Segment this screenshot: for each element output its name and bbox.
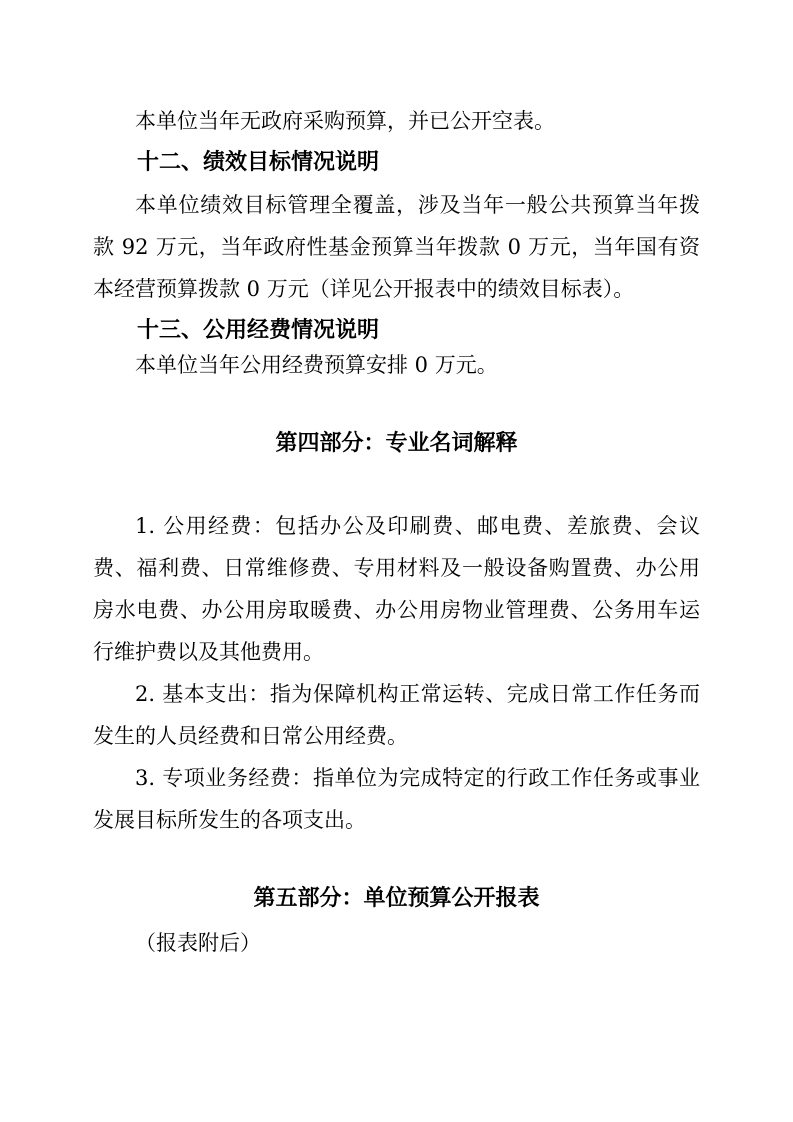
part-five-title: 第五部分：单位预算公开报表 — [93, 878, 700, 920]
glossary-term-special-operations: 3. 专项业务经费：指单位为完成特定的行政工作任务或事业发展目标所发生的各项支出… — [93, 757, 700, 841]
heading-section-twelve: 十二、绩效目标情况说明 — [93, 142, 700, 184]
paragraph-public-funds: 本单位当年公用经费预算安排 0 万元。 — [93, 344, 700, 386]
part-four-title: 第四部分：专业名词解释 — [93, 423, 700, 465]
glossary-term-public-funds: 1. 公用经费：包括办公及印刷费、邮电费、差旅费、会议费、福利费、日常维修费、专… — [93, 505, 700, 673]
paragraph-attachment-note: （报表附后） — [93, 922, 700, 964]
page-content: 本单位当年无政府采购预算，并已公开空表。 十二、绩效目标情况说明 本单位绩效目标… — [93, 100, 700, 964]
paragraph-procurement-note: 本单位当年无政府采购预算，并已公开空表。 — [93, 100, 700, 142]
glossary-term-basic-expenditure: 2. 基本支出：指为保障机构正常运转、完成日常工作任务而发生的人员经费和日常公用… — [93, 673, 700, 757]
document-page: 本单位当年无政府采购预算，并已公开空表。 十二、绩效目标情况说明 本单位绩效目标… — [0, 0, 793, 1122]
paragraph-performance-targets: 本单位绩效目标管理全覆盖，涉及当年一般公共预算当年拨款 92 万元，当年政府性基… — [93, 184, 700, 310]
